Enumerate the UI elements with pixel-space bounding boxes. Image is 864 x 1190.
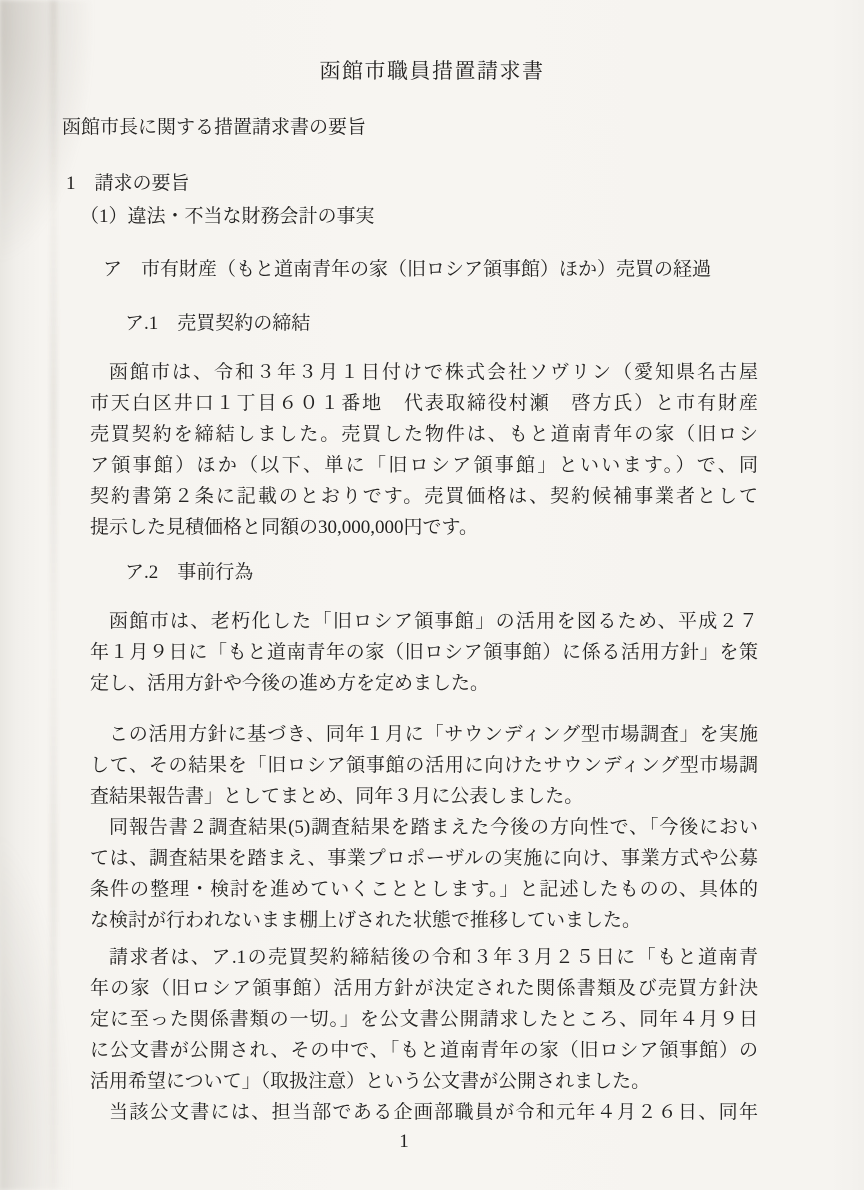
text-line: 契約書第２条に記載のとおりです。売買価格は、契約候補事業者として — [90, 481, 758, 512]
paragraph-disclosure-request: 請求者は、ア.1の売買契約締結後の令和３年３月２５日に「もと道南青年の家（旧ロシ… — [90, 942, 758, 1097]
text-line: ア領事館）ほか（以下、単に「旧ロシア領事館」といいます。）で、同 — [90, 450, 758, 481]
text-line: 同報告書２調査結果(5)調査結果を踏まえた今後の方向性で、「今後におい — [90, 812, 758, 843]
text-line: な検討が行われないまま棚上げされた状態で推移していました。 — [90, 905, 758, 936]
text-line: 提示した見積価格と同額の30,000,000円です。 — [90, 512, 758, 543]
text-line: 売買契約を締結しました。売買した物件は、もと道南青年の家（旧ロシ — [90, 419, 758, 450]
paragraph-sounding-survey: この活用方針に基づき、同年１月に「サウンディング型市場調査」を実施して、その結果… — [90, 719, 758, 812]
document-content: 函館市職員措置請求書 函館市長に関する措置請求書の要旨 1 請求の要旨 （1）違… — [0, 0, 864, 1154]
text-line: 請求者は、ア.1の売買契約締結後の令和３年３月２５日に「もと道南青 — [90, 942, 758, 973]
document-title: 函館市職員措置請求書 — [0, 0, 864, 86]
text-line: 査結果報告書」としてまとめ、同年３月に公表しました。 — [90, 781, 758, 812]
heading-item-a2: ア.2 事前行為 — [125, 557, 864, 588]
text-line: この活用方針に基づき、同年１月に「サウンディング型市場調査」を実施 — [90, 719, 758, 750]
text-line: 函館市は、老朽化した「旧ロシア領事館」の活用を図るため、平成２７ — [90, 606, 758, 637]
text-line: 市天白区井口１丁目６０１番地 代表取締役村瀬 啓方氏）と市有財産 — [90, 388, 758, 419]
page-number: 1 — [70, 1130, 738, 1154]
text-line: 年１月９日に「もと道南青年の家（旧ロシア領事館）に係る活用方針」を策 — [90, 637, 758, 668]
text-line: 条件の整理・検討を進めていくこととします。」と記述したものの、具体的 — [90, 874, 758, 905]
text-line: 活用希望について」（取扱注意）という公文書が公開されました。 — [90, 1066, 758, 1097]
paragraph-document-content: 当該公文書には、担当部である企画部職員が令和元年４月２６日、同年 — [90, 1097, 758, 1128]
heading-item-a: ア 市有財産（もと道南青年の家（旧ロシア領事館）ほか）売買の経過 — [103, 254, 864, 285]
paragraph-contract-conclusion: 函館市は、令和３年３月１日付けで株式会社ソヴリン（愛知県名古屋市天白区井口１丁目… — [90, 357, 758, 543]
paragraph-utilization-policy: 函館市は、老朽化した「旧ロシア領事館」の活用を図るため、平成２７年１月９日に「も… — [90, 606, 758, 699]
document-subject: 函館市長に関する措置請求書の要旨 — [62, 112, 864, 143]
heading-illegal-facts: （1）違法・不当な財務会計の事実 — [80, 201, 864, 232]
text-line: に公文書が公開され、その中で、「もと道南青年の家（旧ロシア領事館）の — [90, 1035, 758, 1066]
text-line: 年の家（旧ロシア領事館）活用方針が決定された関係書類及び売買方針決 — [90, 973, 758, 1004]
text-line: ては、調査結果を踏まえ、事業プロポーザルの実施に向け、事業方式や公募 — [90, 843, 758, 874]
paragraph-report-direction: 同報告書２調査結果(5)調査結果を踏まえた今後の方向性で、「今後においては、調査… — [90, 812, 758, 936]
heading-item-a1: ア.1 売買契約の締結 — [125, 308, 864, 339]
text-line: 函館市は、令和３年３月１日付けで株式会社ソヴリン（愛知県名古屋 — [90, 357, 758, 388]
scanned-document-page: 函館市職員措置請求書 函館市長に関する措置請求書の要旨 1 請求の要旨 （1）違… — [0, 0, 864, 1190]
text-line: 定し、活用方針や今後の進め方を定めました。 — [90, 668, 758, 699]
heading-request-summary: 1 請求の要旨 — [66, 168, 864, 199]
text-line: 当該公文書には、担当部である企画部職員が令和元年４月２６日、同年 — [90, 1097, 758, 1128]
text-line: して、その結果を「旧ロシア領事館の活用に向けたサウンディング型市場調 — [90, 750, 758, 781]
text-line: 定に至った関係書類の一切。」を公文書公開請求したところ、同年４月９日 — [90, 1004, 758, 1035]
